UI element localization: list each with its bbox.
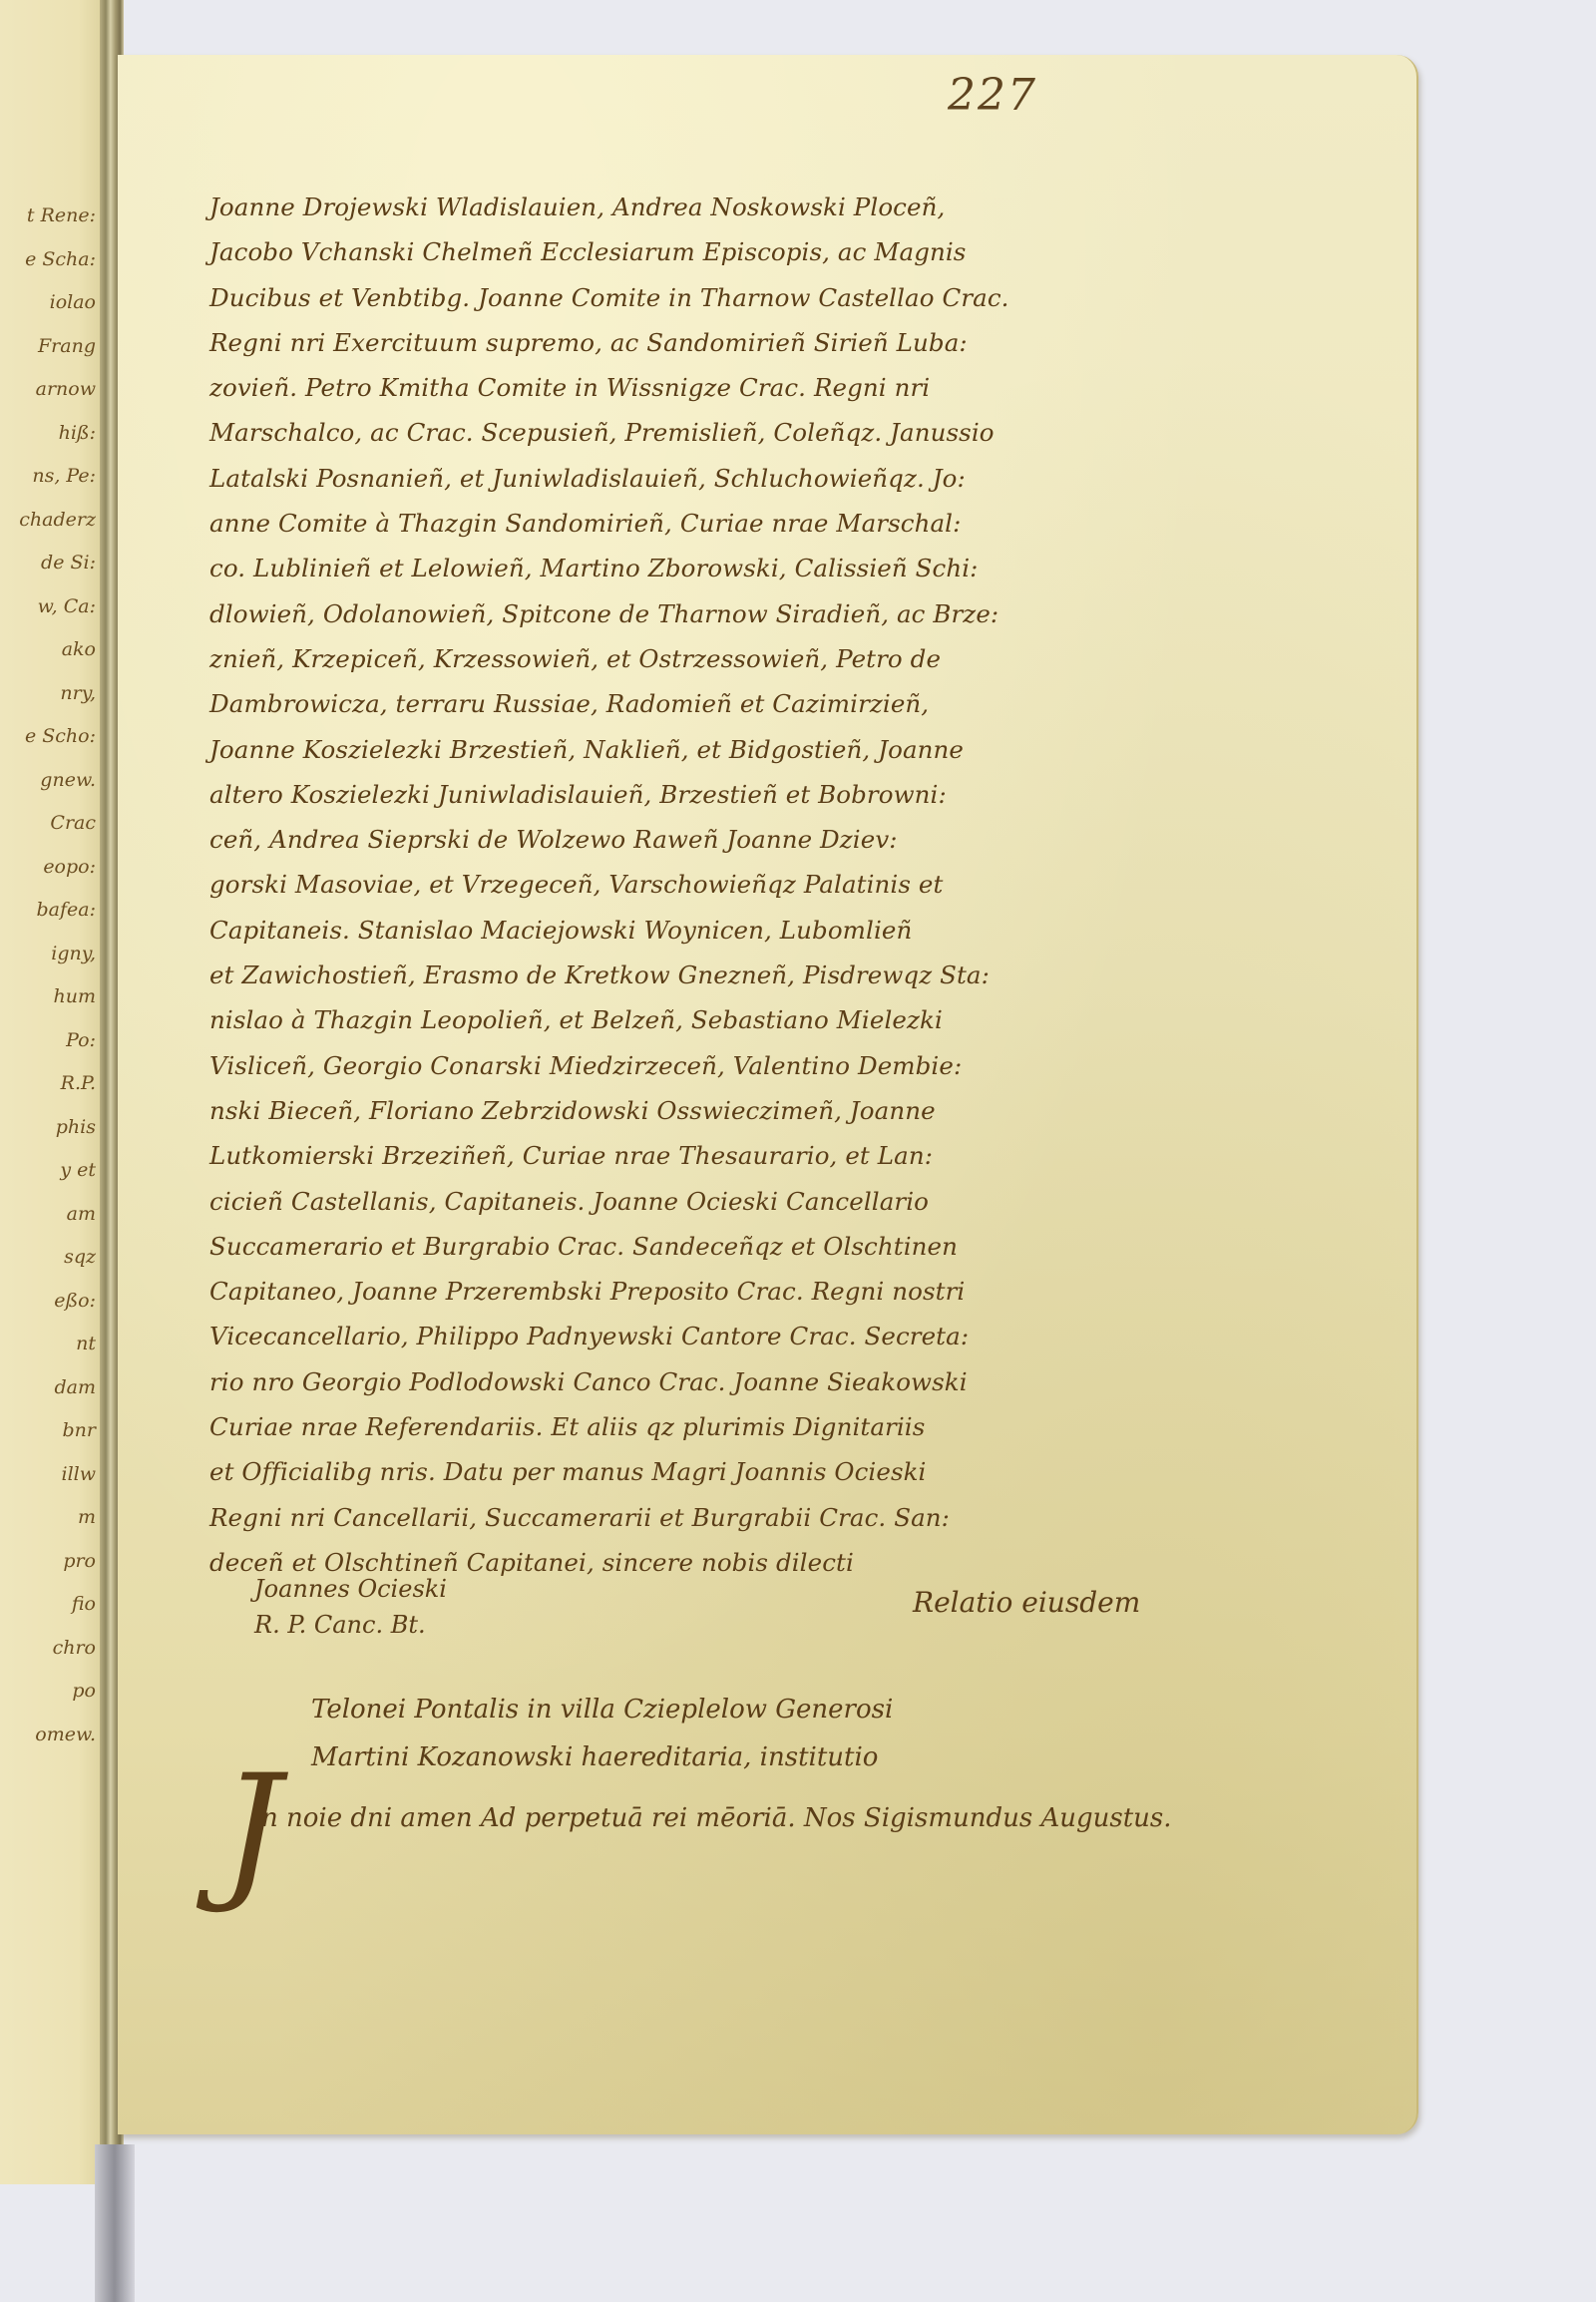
left-fragment: hum <box>0 975 100 1019</box>
text-line: nislao à Thazgin Leopolieñ, et Belzeñ, S… <box>209 997 1127 1042</box>
text-line: Lutkomierski Brzeziñeñ, Curiae nrae Thes… <box>209 1133 1127 1178</box>
left-fragment: phis <box>0 1106 100 1150</box>
text-line: rio nro Georgio Podlodowski Canco Crac. … <box>209 1359 1127 1404</box>
folio-number: 227 <box>948 70 1037 121</box>
left-fragment: igny, <box>0 933 100 976</box>
main-text-block: Joanne Drojewski Wladislauien, Andrea No… <box>209 185 1127 1585</box>
signature-line: Joannes Ocieski <box>254 1571 447 1607</box>
relatio-note: Relatio eiusdem <box>913 1586 1140 1619</box>
left-fragment: Frang <box>0 325 100 369</box>
text-line: Latalski Posnanieñ, et Juniwladislauieñ,… <box>209 456 1127 501</box>
left-fragment: gnew. <box>0 759 100 803</box>
left-fragment: e Scha: <box>0 238 100 282</box>
binding-shadow <box>95 2144 135 2302</box>
text-line: Regni nri Cancellarii, Succamerarii et B… <box>209 1495 1127 1540</box>
chancellor-signature: Joannes Ocieski R. P. Canc. Bt. <box>254 1571 447 1643</box>
left-fragment: arnow <box>0 368 100 412</box>
left-fragment: R.P. <box>0 1062 100 1106</box>
text-line: Regni nri Exercituum supremo, ac Sandomi… <box>209 320 1127 365</box>
left-fragment: nry, <box>0 672 100 716</box>
text-line: et Officialibg nris. Datu per manus Magr… <box>209 1449 1127 1494</box>
heading-line: Telonei Pontalis in villa Czieplelow Gen… <box>311 1686 893 1733</box>
signature-line: R. P. Canc. Bt. <box>254 1607 447 1643</box>
left-fragment: nt <box>0 1323 100 1366</box>
left-fragment: w, Ca: <box>0 585 100 629</box>
left-fragment: bafea: <box>0 889 100 933</box>
text-line: ceñ, Andrea Sieprski de Wolzewo Raweñ Jo… <box>209 817 1127 862</box>
heading-line: Martini Kozanowski haereditaria, institu… <box>311 1733 893 1781</box>
text-line: Joanne Drojewski Wladislauien, Andrea No… <box>209 185 1127 229</box>
left-fragment: bnr <box>0 1409 100 1453</box>
left-fragment: am <box>0 1193 100 1237</box>
text-line: Capitaneo, Joanne Przerembski Preposito … <box>209 1269 1127 1314</box>
text-line: gorski Masoviae, et Vrzegeceñ, Varschowi… <box>209 862 1127 907</box>
left-fragment: e Scho: <box>0 715 100 759</box>
left-fragment: ns, Pe: <box>0 455 100 499</box>
left-fragment: de Si: <box>0 542 100 585</box>
left-fragment: omew. <box>0 1714 100 1757</box>
left-fragment: Po: <box>0 1019 100 1063</box>
text-line: Visliceñ, Georgio Conarski Miedzirzeceñ,… <box>209 1043 1127 1088</box>
text-line: et Zawichostieñ, Erasmo de Kretkow Gnezn… <box>209 953 1127 997</box>
text-line: Capitaneis. Stanislao Maciejowski Woynic… <box>209 908 1127 953</box>
left-fragment: hiß: <box>0 412 100 456</box>
text-line: Dambrowicza, terraru Russiae, Radomieñ e… <box>209 681 1127 726</box>
text-line: cicieñ Castellanis, Capitaneis. Joanne O… <box>209 1179 1127 1224</box>
left-fragment: Crac <box>0 802 100 846</box>
text-line: Jacobo Vchanski Chelmeñ Ecclesiarum Epis… <box>209 229 1127 274</box>
entry-opening-line: n noie dni amen Ad perpetuā rei mēoriā. … <box>261 1803 1172 1833</box>
left-page-fragment: t Rene: e Scha: iolao Frang arnow hiß: n… <box>0 0 112 2184</box>
left-fragment: sqz <box>0 1236 100 1280</box>
left-fragment: eopo: <box>0 846 100 890</box>
text-line: Marschalco, ac Crac. Scepusieñ, Premisli… <box>209 410 1127 455</box>
text-line: anne Comite à Thazgin Sandomirieñ, Curia… <box>209 501 1127 546</box>
left-fragment: chaderz <box>0 499 100 543</box>
left-fragment: y et <box>0 1149 100 1193</box>
text-line: dlowieñ, Odolanowieñ, Spitcone de Tharno… <box>209 591 1127 636</box>
left-fragment: po <box>0 1670 100 1714</box>
text-line: co. Lublinieñ et Lelowieñ, Martino Zboro… <box>209 546 1127 590</box>
text-line: zovieñ. Petro Kmitha Comite in Wissnigze… <box>209 365 1127 410</box>
text-line: Vicecancellario, Philippo Padnyewski Can… <box>209 1314 1127 1358</box>
text-line: Curiae nrae Referendariis. Et aliis qz p… <box>209 1404 1127 1449</box>
left-fragment: iolao <box>0 281 100 325</box>
left-fragment: m <box>0 1496 100 1540</box>
left-fragment: chro <box>0 1627 100 1671</box>
left-fragment: fio <box>0 1583 100 1627</box>
left-fragment: t Rene: <box>0 194 100 238</box>
text-line: znieñ, Krzepiceñ, Krzessowieñ, et Ostrze… <box>209 636 1127 681</box>
text-line: Ducibus et Venbtibg. Joanne Comite in Th… <box>209 275 1127 320</box>
text-line: nski Bieceñ, Floriano Zebrzidowski Osswi… <box>209 1088 1127 1133</box>
left-page-text-fragments: t Rene: e Scha: iolao Frang arnow hiß: n… <box>0 194 100 1756</box>
left-fragment: dam <box>0 1366 100 1410</box>
left-fragment: pro <box>0 1540 100 1584</box>
text-line: Joanne Koszielezki Brzestieñ, Naklieñ, e… <box>209 727 1127 772</box>
left-fragment: illw <box>0 1453 100 1497</box>
text-line: altero Koszielezki Juniwladislauieñ, Brz… <box>209 772 1127 817</box>
text-line: Succamerario et Burgrabio Crac. Sandeceñ… <box>209 1224 1127 1269</box>
left-fragment: eßo: <box>0 1280 100 1324</box>
entry-heading: Telonei Pontalis in villa Czieplelow Gen… <box>311 1686 893 1781</box>
left-fragment: ako <box>0 628 100 672</box>
